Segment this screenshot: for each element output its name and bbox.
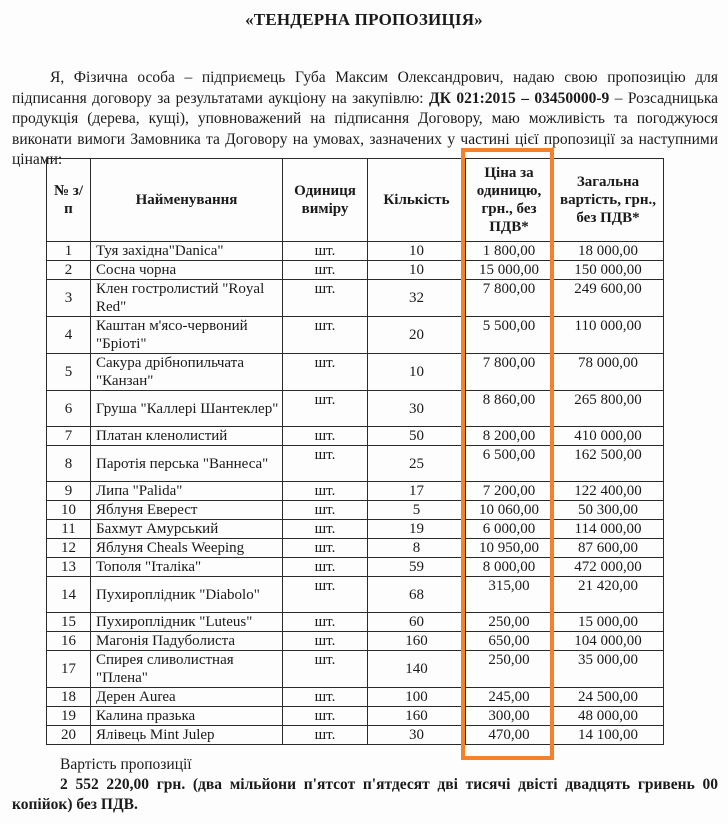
cell-num: 15 xyxy=(47,613,91,632)
header-name: Найменування xyxy=(91,159,283,242)
cell-name: Ялівець Mint Julep xyxy=(91,726,283,745)
intro-paragraph: Я, Фізична особа – підприємець Губа Макс… xyxy=(12,68,718,171)
table-row: 7Платан кленолистийшт.508 200,00410 000,… xyxy=(47,427,664,446)
cell-qty: 10 xyxy=(368,354,466,391)
cell-total: 249 600,00 xyxy=(553,280,664,317)
header-num: № з/п xyxy=(47,159,91,242)
cell-name: Спирея сливолистная "Плена" xyxy=(91,651,283,688)
cell-unit: шт. xyxy=(283,613,368,632)
cell-unit: шт. xyxy=(283,501,368,520)
cell-price: 6 500,00 xyxy=(466,446,553,482)
cell-qty: 8 xyxy=(368,539,466,558)
cell-unit: шт. xyxy=(283,632,368,651)
table-row: 6Груша "Каллері Шантеклер"шт.308 860,002… xyxy=(47,391,664,427)
cell-name: Яблуня Еверест xyxy=(91,501,283,520)
cell-qty: 50 xyxy=(368,427,466,446)
table-row: 16Магонія Падуболисташт.160650,00104 000… xyxy=(47,632,664,651)
cell-name: Паротія перська "Ваннеса" xyxy=(91,446,283,482)
cell-num: 16 xyxy=(47,632,91,651)
cell-total: 104 000,00 xyxy=(553,632,664,651)
cell-name: Тополя "Італіка" xyxy=(91,558,283,577)
cell-unit: шт. xyxy=(283,280,368,317)
cell-qty: 30 xyxy=(368,726,466,745)
table-row: 13Тополя "Італіка"шт.598 000,00472 000,0… xyxy=(47,558,664,577)
cell-name: Клен гостролистий "Royal Red" xyxy=(91,280,283,317)
header-qty: Кількість xyxy=(368,159,466,242)
cell-name: Липа "Palida" xyxy=(91,482,283,501)
table-row: 9Липа "Palida"шт.177 200,00122 400,00 xyxy=(47,482,664,501)
cell-name: Бахмут Амурський xyxy=(91,520,283,539)
cell-unit: шт. xyxy=(283,726,368,745)
cell-price: 250,00 xyxy=(466,613,553,632)
cell-unit: шт. xyxy=(283,427,368,446)
table-row: 11Бахмут Амурськийшт.196 000,00114 000,0… xyxy=(47,520,664,539)
cell-num: 19 xyxy=(47,707,91,726)
cell-price: 6 000,00 xyxy=(466,520,553,539)
cell-total: 122 400,00 xyxy=(553,482,664,501)
table-row: 8Паротія перська "Ваннеса"шт.256 500,001… xyxy=(47,446,664,482)
cell-num: 9 xyxy=(47,482,91,501)
cell-total: 14 100,00 xyxy=(553,726,664,745)
cell-price: 250,00 xyxy=(466,651,553,688)
table-row: 20Ялівець Mint Julepшт.30470,0014 100,00 xyxy=(47,726,664,745)
cell-total: 21 420,00 xyxy=(553,577,664,613)
cell-unit: шт. xyxy=(283,446,368,482)
cell-qty: 140 xyxy=(368,651,466,688)
cell-num: 5 xyxy=(47,354,91,391)
cell-num: 3 xyxy=(47,280,91,317)
cell-name: Пухироплідник "Diabolo" xyxy=(91,577,283,613)
cell-price: 8 000,00 xyxy=(466,558,553,577)
cell-num: 2 xyxy=(47,261,91,280)
header-price: Ціна за одиницю, грн., без ПДВ* xyxy=(466,159,553,242)
cell-price: 7 200,00 xyxy=(466,482,553,501)
cell-qty: 160 xyxy=(368,632,466,651)
table-row: 2Сосна чорнашт.1015 000,00150 000,00 xyxy=(47,261,664,280)
cell-total: 50 300,00 xyxy=(553,501,664,520)
total-label: Вартість пропозиції xyxy=(12,755,718,775)
cell-price: 15 000,00 xyxy=(466,261,553,280)
cpv-code: ДК 021:2015 – 03450000-9 xyxy=(429,90,609,107)
cell-name: Сосна чорна xyxy=(91,261,283,280)
table-row: 5Сакура дрібнопильчата "Канзан"шт.107 80… xyxy=(47,354,664,391)
table-row: 1Туя західна"Danica"шт.101 800,0018 000,… xyxy=(47,242,664,261)
cell-price: 10 950,00 xyxy=(466,539,553,558)
cell-price: 1 800,00 xyxy=(466,242,553,261)
cell-total: 24 500,00 xyxy=(553,688,664,707)
cell-qty: 25 xyxy=(368,446,466,482)
cell-total: 150 000,00 xyxy=(553,261,664,280)
cell-num: 18 xyxy=(47,688,91,707)
header-unit: Одиниця виміру xyxy=(283,159,368,242)
cell-name: Яблуня Cheals Weeping xyxy=(91,539,283,558)
cell-price: 10 060,00 xyxy=(466,501,553,520)
cell-qty: 100 xyxy=(368,688,466,707)
total-sum: 2 552 220,00 грн. (два мільйони п'ятсот … xyxy=(12,775,718,815)
cell-total: 110 000,00 xyxy=(553,317,664,354)
cell-qty: 59 xyxy=(368,558,466,577)
cell-total: 114 000,00 xyxy=(553,520,664,539)
cell-total: 162 500,00 xyxy=(553,446,664,482)
cell-num: 10 xyxy=(47,501,91,520)
cell-total: 48 000,00 xyxy=(553,707,664,726)
cell-name: Калина празька xyxy=(91,707,283,726)
table-row: 19Калина празькашт.160300,0048 000,00 xyxy=(47,707,664,726)
cell-total: 410 000,00 xyxy=(553,427,664,446)
cell-num: 13 xyxy=(47,558,91,577)
cell-total: 78 000,00 xyxy=(553,354,664,391)
cell-qty: 10 xyxy=(368,261,466,280)
cell-num: 7 xyxy=(47,427,91,446)
cell-price: 5 500,00 xyxy=(466,317,553,354)
cell-unit: шт. xyxy=(283,520,368,539)
cell-price: 8 200,00 xyxy=(466,427,553,446)
cell-total: 472 000,00 xyxy=(553,558,664,577)
cell-total: 265 800,00 xyxy=(553,391,664,427)
cell-num: 4 xyxy=(47,317,91,354)
cell-name: Платан кленолистий xyxy=(91,427,283,446)
cell-price: 315,00 xyxy=(466,577,553,613)
cell-qty: 20 xyxy=(368,317,466,354)
table-row: 12Яблуня Cheals Weepingшт.810 950,0087 6… xyxy=(47,539,664,558)
offer-total: Вартість пропозиції 2 552 220,00 грн. (д… xyxy=(12,755,718,815)
cell-name: Каштан м'ясо-червоний "Бріоті" xyxy=(91,317,283,354)
cell-num: 8 xyxy=(47,446,91,482)
cell-num: 6 xyxy=(47,391,91,427)
cell-price: 245,00 xyxy=(466,688,553,707)
cell-total: 15 000,00 xyxy=(553,613,664,632)
table-row: 15Пухироплідник "Luteus"шт.60250,0015 00… xyxy=(47,613,664,632)
cell-qty: 5 xyxy=(368,501,466,520)
cell-qty: 32 xyxy=(368,280,466,317)
table-row: 10Яблуня Еверестшт.510 060,0050 300,00 xyxy=(47,501,664,520)
price-table: № з/п Найменування Одиниця виміру Кількі… xyxy=(46,158,664,745)
cell-unit: шт. xyxy=(283,558,368,577)
cell-total: 18 000,00 xyxy=(553,242,664,261)
cell-qty: 17 xyxy=(368,482,466,501)
cell-num: 20 xyxy=(47,726,91,745)
cell-unit: шт. xyxy=(283,317,368,354)
cell-price: 300,00 xyxy=(466,707,553,726)
cell-price: 470,00 xyxy=(466,726,553,745)
cell-unit: шт. xyxy=(283,651,368,688)
cell-qty: 19 xyxy=(368,520,466,539)
table-row: 3Клен гостролистий "Royal Red"шт.327 800… xyxy=(47,280,664,317)
cell-name: Пухироплідник "Luteus" xyxy=(91,613,283,632)
cell-price: 8 860,00 xyxy=(466,391,553,427)
cell-price: 7 800,00 xyxy=(466,280,553,317)
cell-qty: 10 xyxy=(368,242,466,261)
table-row: 14Пухироплідник "Diabolo"шт.68315,0021 4… xyxy=(47,577,664,613)
cell-unit: шт. xyxy=(283,539,368,558)
cell-total: 35 000,00 xyxy=(553,651,664,688)
table-row: 17Спирея сливолистная "Плена"шт.140250,0… xyxy=(47,651,664,688)
table-row: 4Каштан м'ясо-червоний "Бріоті"шт.205 50… xyxy=(47,317,664,354)
cell-name: Туя західна"Danica" xyxy=(91,242,283,261)
cell-qty: 30 xyxy=(368,391,466,427)
document-title: «ТЕНДЕРНА ПРОПОЗИЦІЯ» xyxy=(0,10,728,30)
cell-qty: 60 xyxy=(368,613,466,632)
cell-num: 11 xyxy=(47,520,91,539)
cell-unit: шт. xyxy=(283,391,368,427)
cell-unit: шт. xyxy=(283,261,368,280)
cell-num: 1 xyxy=(47,242,91,261)
table-header-row: № з/п Найменування Одиниця виміру Кількі… xyxy=(47,159,664,242)
cell-name: Магонія Падуболиста xyxy=(91,632,283,651)
cell-unit: шт. xyxy=(283,242,368,261)
cell-unit: шт. xyxy=(283,354,368,391)
cell-num: 12 xyxy=(47,539,91,558)
cell-unit: шт. xyxy=(283,577,368,613)
cell-num: 17 xyxy=(47,651,91,688)
cell-num: 14 xyxy=(47,577,91,613)
cell-unit: шт. xyxy=(283,482,368,501)
cell-qty: 68 xyxy=(368,577,466,613)
header-total: Загальна вартість, грн., без ПДВ* xyxy=(553,159,664,242)
cell-name: Сакура дрібнопильчата "Канзан" xyxy=(91,354,283,391)
cell-total: 87 600,00 xyxy=(553,539,664,558)
cell-unit: шт. xyxy=(283,707,368,726)
cell-unit: шт. xyxy=(283,688,368,707)
cell-name: Груша "Каллері Шантеклер" xyxy=(91,391,283,427)
table-row: 18Дерен Aureaшт.100245,0024 500,00 xyxy=(47,688,664,707)
cell-price: 7 800,00 xyxy=(466,354,553,391)
cell-qty: 160 xyxy=(368,707,466,726)
cell-name: Дерен Aurea xyxy=(91,688,283,707)
cell-price: 650,00 xyxy=(466,632,553,651)
